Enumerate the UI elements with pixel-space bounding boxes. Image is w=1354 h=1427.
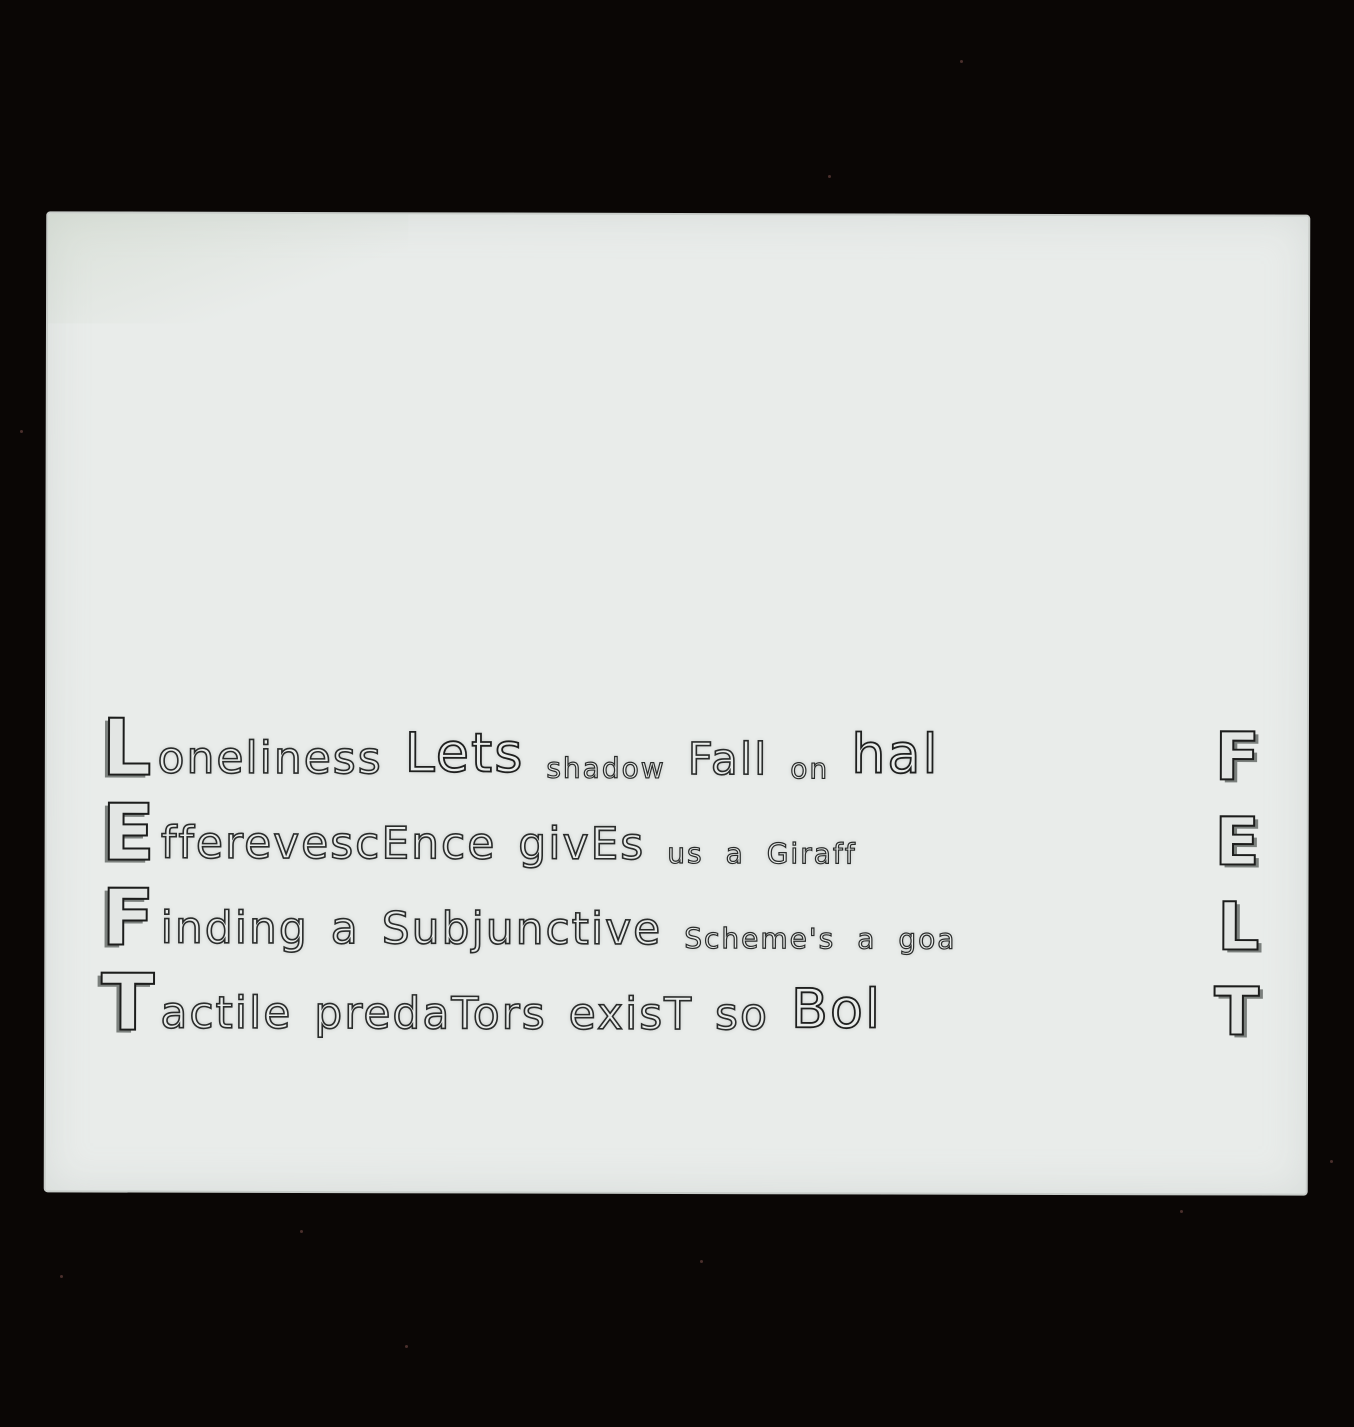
dust-speck (960, 60, 963, 63)
dust-speck (1330, 1160, 1333, 1163)
acrostic-initial-letter: E (102, 798, 157, 868)
dust-speck (405, 1345, 408, 1348)
poem-word: predaTors (314, 988, 546, 1040)
poem-word: hal (851, 722, 939, 785)
poem-word: a (331, 903, 360, 954)
acrostic-initial-letter: L (102, 713, 154, 783)
poem-line-4: T actile predaTors exisT so Bol T (101, 953, 1261, 1041)
acrostic-final-letter: E (1214, 812, 1261, 872)
poem-line-1: L oneliness Lets shadow Fall on hal F (102, 698, 1262, 786)
dust-speck (60, 1275, 63, 1278)
poem-word: Bol (791, 977, 882, 1040)
poem-word: inding (161, 903, 309, 954)
dust-speck (828, 175, 831, 178)
dust-speck (1180, 1210, 1183, 1213)
poem-word: fferevescEnce (161, 818, 497, 870)
acrostic-final-letter: T (1214, 982, 1261, 1042)
poem-word: a (726, 837, 745, 870)
poem-word: Lets (405, 721, 525, 784)
poem-word: Scheme's (684, 922, 835, 955)
poem-word: Subjunctive (382, 903, 663, 955)
acrostic-final-letter: L (1217, 897, 1261, 957)
acrostic-initial-letter: F (101, 883, 156, 953)
dust-speck (20, 430, 23, 433)
poem-line-3: F inding a Subjunctive Scheme's a goa L (101, 868, 1261, 956)
poem-word: exisT (569, 989, 694, 1040)
dust-speck (300, 1230, 303, 1233)
poem-word: Fall (688, 734, 769, 785)
poem-word: so (715, 989, 769, 1040)
poem-word: goa (898, 923, 956, 956)
paper-card: L oneliness Lets shadow Fall on hal F E … (44, 211, 1311, 1195)
acrostic-final-letter: F (1215, 727, 1262, 787)
poem-word: givEs (518, 819, 645, 870)
acrostic-poem: L oneliness Lets shadow Fall on hal F E … (101, 698, 1262, 1041)
poem-word: oneliness (157, 733, 382, 785)
poem-word: us (667, 837, 703, 870)
dust-speck (700, 1260, 703, 1263)
poem-word: a (857, 922, 876, 955)
poem-word: shadow (546, 752, 665, 785)
poem-word: actile (160, 988, 292, 1039)
poem-word: Giraff (767, 837, 857, 870)
acrostic-initial-letter: T (101, 968, 156, 1038)
poem-line-2: E fferevescEnce givEs us a Giraff E (102, 783, 1262, 871)
poem-word: on (790, 752, 829, 785)
